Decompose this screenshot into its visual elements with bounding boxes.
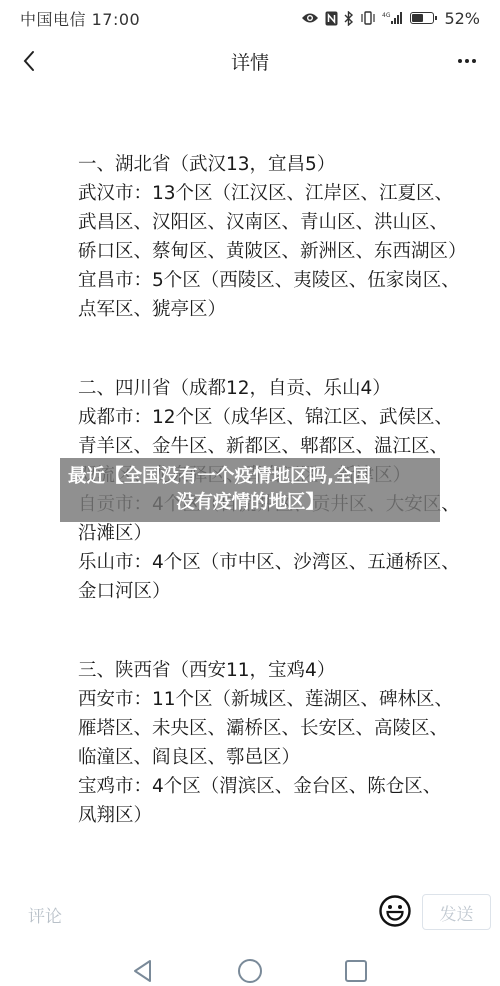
vibrate-icon <box>360 11 376 25</box>
section-hubei: 一、湖北省（武汉13，宜昌5） 武汉市：13个区（江汉区、江岸区、江夏区、 武昌… <box>78 150 478 324</box>
overlay-line-1: 最近【全国没有一个疫情地区吗,全国 <box>60 464 440 490</box>
4g-signal-icon: 4G <box>382 11 404 25</box>
back-button[interactable] <box>14 46 44 76</box>
section-line: 沿滩区） <box>78 519 478 548</box>
bluetooth-icon <box>344 11 354 26</box>
title-overlay-banner: 最近【全国没有一个疫情地区吗,全国 没有疫情的地区】 <box>60 458 440 522</box>
section-line: 宜昌市：5个区（西陵区、夷陵区、伍家岗区、 <box>78 266 478 295</box>
section-line: 凤翔区） <box>78 801 478 830</box>
top-nav-bar: 详情 <box>0 38 500 84</box>
system-recents-button[interactable] <box>343 958 369 984</box>
section-line: 临潼区、阎良区、鄠邑区） <box>78 743 478 772</box>
svg-text:4G: 4G <box>382 12 391 19</box>
more-dot <box>458 59 462 63</box>
more-dot <box>465 59 469 63</box>
triangle-back-icon <box>132 959 154 983</box>
system-nav-bar <box>0 950 500 986</box>
send-button[interactable]: 发送 <box>422 894 491 930</box>
section-line: 金口河区） <box>78 577 478 606</box>
section-line: 成都市：12个区（成华区、锦江区、武侯区、 <box>78 403 478 432</box>
section-line: 雁塔区、未央区、灞桥区、长安区、高陵区、 <box>78 714 478 743</box>
system-home-button[interactable] <box>237 958 263 984</box>
nfc-icon <box>325 11 338 26</box>
section-heading: 二、四川省（成都12，自贡、乐山4） <box>78 374 478 403</box>
section-line: 西安市：11个区（新城区、莲湖区、碑林区、 <box>78 685 478 714</box>
section-line: 宝鸡市：4个区（渭滨区、金台区、陈仓区、 <box>78 772 478 801</box>
chevron-left-icon <box>22 50 36 72</box>
comment-bar: 评论 发送 <box>0 890 500 938</box>
status-icons: 4G 52% <box>301 9 480 28</box>
page-title: 详情 <box>231 48 269 75</box>
status-left: 中国电信 17:00 <box>20 7 140 30</box>
section-line: 硚口区、蔡甸区、黄陂区、新洲区、东西湖区） <box>78 237 478 266</box>
carrier-name: 中国电信 <box>20 10 86 29</box>
emoji-button[interactable] <box>378 894 412 928</box>
eye-icon <box>301 12 319 24</box>
section-line: 武昌区、汉阳区、汉南区、青山区、洪山区、 <box>78 208 478 237</box>
overlay-line-2: 没有疫情的地区】 <box>60 490 440 516</box>
square-recents-icon <box>344 959 368 983</box>
clock: 17:00 <box>92 10 141 29</box>
circle-home-icon <box>237 958 263 984</box>
smiley-icon <box>378 894 412 928</box>
more-button[interactable] <box>452 46 482 76</box>
battery-icon <box>410 12 434 24</box>
system-back-button[interactable] <box>130 958 156 984</box>
section-heading: 三、陕西省（西安11，宝鸡4） <box>78 656 478 685</box>
section-line: 点军区、猇亭区） <box>78 295 478 324</box>
section-line: 青羊区、金牛区、新都区、郫都区、温江区、 <box>78 432 478 461</box>
section-heading: 一、湖北省（武汉13，宜昌5） <box>78 150 478 179</box>
battery-percent: 52% <box>444 9 480 28</box>
section-line: 武汉市：13个区（江汉区、江岸区、江夏区、 <box>78 179 478 208</box>
comment-input[interactable]: 评论 <box>28 902 62 927</box>
status-bar: 中国电信 17:00 4G 52% <box>0 0 500 36</box>
section-line: 乐山市：4个区（市中区、沙湾区、五通桥区、 <box>78 548 478 577</box>
more-dot <box>472 59 476 63</box>
section-shaanxi: 三、陕西省（西安11，宝鸡4） 西安市：11个区（新城区、莲湖区、碑林区、 雁塔… <box>78 656 478 830</box>
